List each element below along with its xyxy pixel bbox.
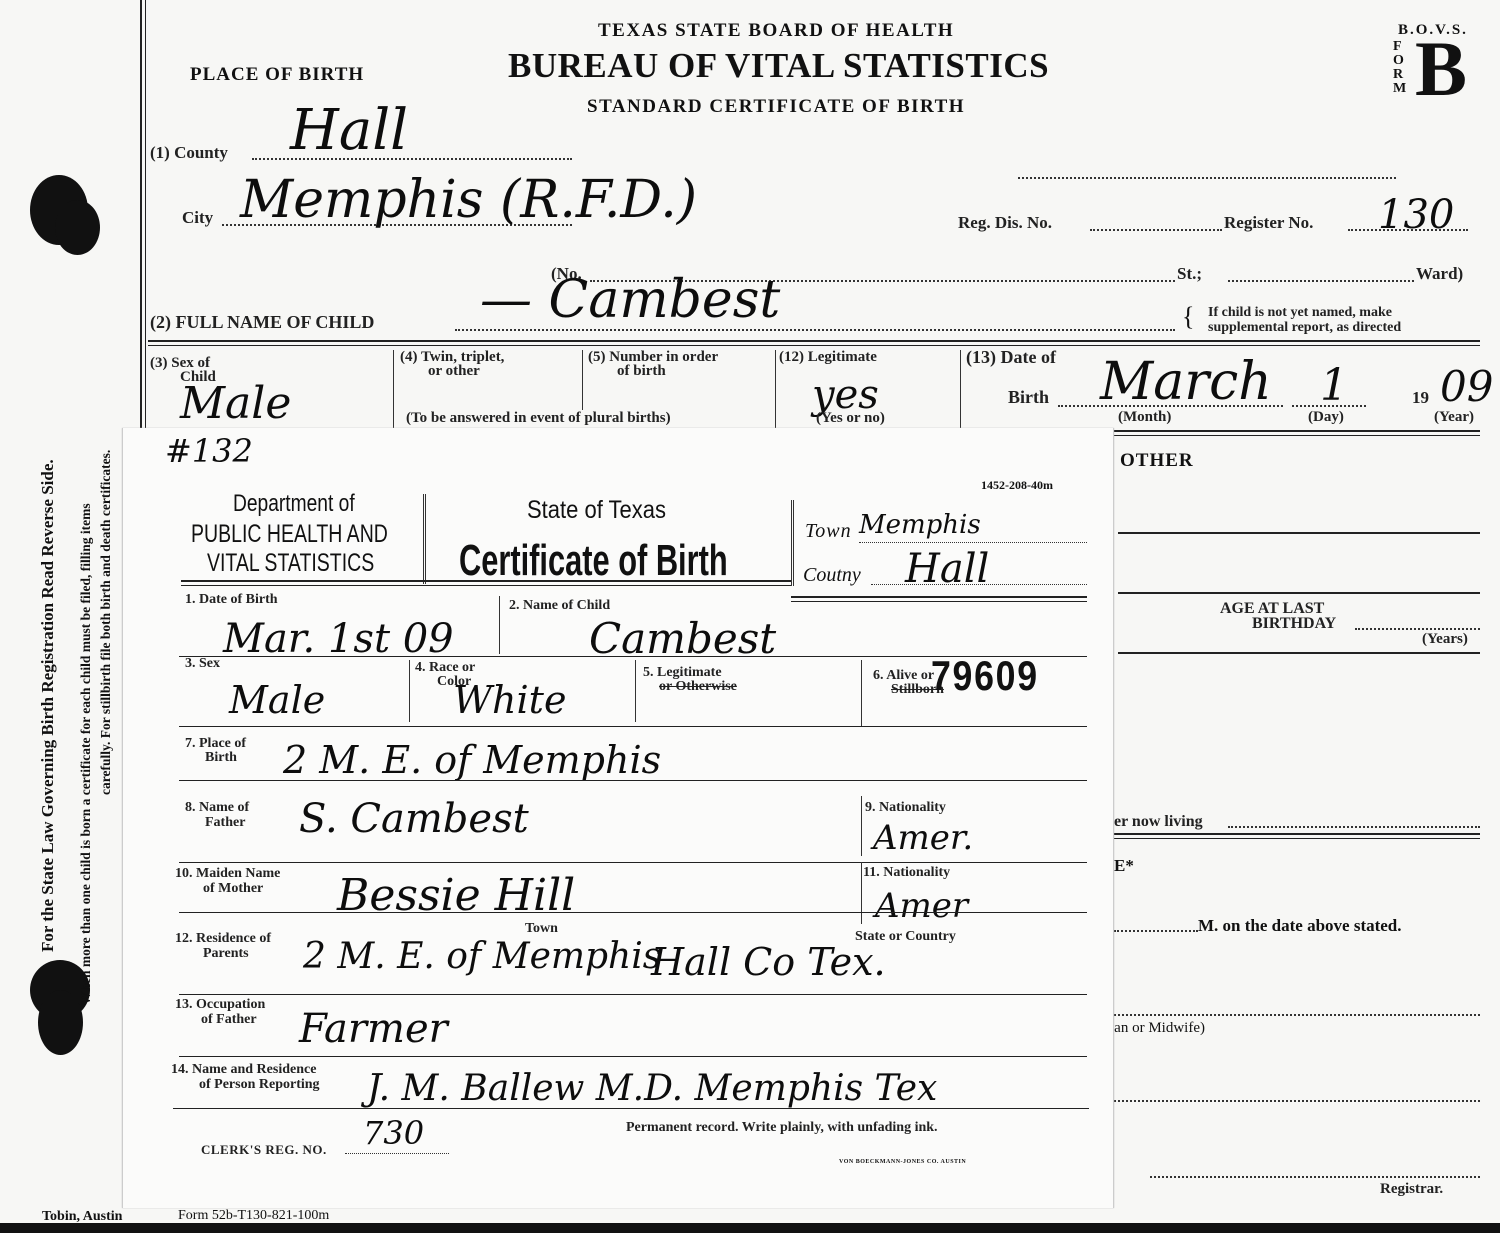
alive-label-1: 6. Alive or xyxy=(873,668,934,683)
year-sub: (Year) xyxy=(1434,410,1474,425)
rule xyxy=(1118,652,1480,654)
dob-label-1: (13) Date of xyxy=(966,350,1056,365)
col-divider xyxy=(861,796,862,856)
twin-label-2: or other xyxy=(428,364,480,379)
margin-rule-inner xyxy=(145,0,146,440)
handwritten-record-no: #132 xyxy=(165,432,253,470)
dob-month: March xyxy=(1100,352,1272,412)
dept-line-2: PUBLIC HEALTH AND xyxy=(191,520,388,549)
state-certificate-card: #132 1452-208-40m Department of PUBLIC H… xyxy=(122,428,1114,1208)
col-divider xyxy=(861,660,862,726)
ward-line xyxy=(1228,280,1414,282)
clerk-reg-label: CLERK'S REG. NO. xyxy=(201,1142,327,1157)
row-rule xyxy=(179,1056,1087,1057)
form-vertical-label: FORM xyxy=(1393,40,1405,96)
town-line xyxy=(859,542,1087,543)
dob-year: 09 xyxy=(1440,362,1493,411)
certificate-title: Certificate of Birth xyxy=(459,536,728,586)
dob-label: 1. Date of Birth xyxy=(185,592,278,607)
residence-label-1: 12. Residence of xyxy=(175,931,271,946)
reporter-label-1: 14. Name and Residence xyxy=(171,1062,316,1077)
ink-blot-bottom-2 xyxy=(38,990,83,1055)
age-label-1: AGE AT LAST xyxy=(1220,601,1324,616)
year-prefix: 19 xyxy=(1412,390,1429,405)
header-divider xyxy=(423,494,426,584)
registrar-label: Registrar. xyxy=(1380,1182,1443,1197)
header-rule xyxy=(791,596,1087,602)
plural-note: (To be answered in event of plural birth… xyxy=(406,411,671,426)
mother-label-1: 10. Maiden Name xyxy=(175,866,280,881)
standard-certificate-heading: STANDARD CERTIFICATE OF BIRTH xyxy=(587,96,965,118)
legit-label-1: 5. Legitimate xyxy=(643,665,722,680)
place-label-1: 7. Place of xyxy=(185,736,246,751)
brace: { xyxy=(1182,304,1194,330)
address-line xyxy=(1114,1100,1480,1102)
father-value: S. Cambest xyxy=(299,796,529,842)
clerk-reg-value: 730 xyxy=(363,1114,424,1152)
now-living-line xyxy=(1228,826,1480,828)
father-label-2: Father xyxy=(205,815,245,830)
legit-label-2: or Otherwise xyxy=(659,679,737,694)
row-rule xyxy=(179,994,1087,995)
dob-day: 1 xyxy=(1320,360,1348,411)
city-label: City xyxy=(182,210,213,225)
age-label-2: BIRTHDAY xyxy=(1252,616,1336,631)
reporter-value: J. M. Ballew M.D. Memphis Tex xyxy=(367,1068,937,1109)
col-divider xyxy=(960,350,961,430)
sex-value: Male xyxy=(180,378,291,429)
row-rule xyxy=(179,862,1087,863)
full-name-label: (2) FULL NAME OF CHILD xyxy=(150,315,374,330)
residence-label-2: Parents xyxy=(203,946,249,961)
county-label: (1) County xyxy=(150,145,228,160)
other-heading: OTHER xyxy=(1120,450,1194,472)
row-rule xyxy=(179,780,1087,781)
margin-text-law: For the State Law Governing Birth Regist… xyxy=(38,459,58,952)
scan-edge xyxy=(0,1223,1500,1233)
form-letter: B xyxy=(1415,30,1467,108)
ink-blot-top-2 xyxy=(55,200,100,255)
rule xyxy=(1118,532,1480,534)
printer-tiny: VON BOECKMANN-JONES CO. AUSTIN xyxy=(839,1159,966,1165)
stamp-number: 79609 xyxy=(931,652,1039,700)
occupation-value: Farmer xyxy=(299,1006,448,1052)
reg-dis-label: Reg. Dis. No. xyxy=(958,215,1052,230)
col-divider xyxy=(499,596,500,654)
sex-label: 3. Sex xyxy=(185,656,220,671)
col-divider xyxy=(635,660,636,722)
county-line xyxy=(871,584,1087,585)
town-value: Memphis xyxy=(859,510,981,540)
physician-label: ian or Midwife) xyxy=(1110,1020,1205,1037)
occupation-label-2: of Father xyxy=(201,1012,257,1027)
residence-state-value: Hall Co Tex. xyxy=(651,940,886,984)
permanent-record-note: Permanent record. Write plainly, with un… xyxy=(626,1120,938,1135)
section-rule xyxy=(148,340,1480,346)
town-sub-label: Town xyxy=(525,921,558,936)
signature-line xyxy=(1114,1014,1480,1016)
sex-value: Male xyxy=(229,678,325,722)
full-name-value: — Cambest xyxy=(480,270,780,330)
residence-town-value: 2 M. E. of Memphis xyxy=(303,936,661,977)
register-label: Register No. xyxy=(1224,215,1313,230)
ward-label: Ward) xyxy=(1416,266,1463,281)
form-number: Form 52b-T130-821-100m xyxy=(178,1208,329,1224)
place-value: 2 M. E. of Memphis xyxy=(283,738,661,782)
race-label-1: 4. Race or xyxy=(415,660,475,675)
board-heading: TEXAS STATE BOARD OF HEALTH xyxy=(598,20,954,42)
mother-nationality-value: Amer xyxy=(875,886,968,926)
row-rule xyxy=(173,1108,1089,1109)
day-sub: (Day) xyxy=(1308,410,1344,425)
top-right-line xyxy=(1018,177,1396,179)
legit-sub: (Yes or no) xyxy=(816,411,885,426)
place-of-birth-heading: PLACE OF BIRTH xyxy=(190,64,364,86)
place-label-2: Birth xyxy=(205,750,237,765)
occupation-label-1: 13. Occupation xyxy=(175,997,265,1012)
unnamed-note-2: supplemental report, as directed xyxy=(1208,320,1401,335)
col-divider xyxy=(861,862,862,924)
header-rule xyxy=(181,580,791,586)
legit-label: (12) Legitimate xyxy=(779,350,877,365)
reg-dis-line xyxy=(1090,229,1222,231)
m-stated-text: M. on the date above stated. xyxy=(1198,916,1402,936)
clerk-reg-line xyxy=(345,1153,449,1154)
e-star-heading: E* xyxy=(1114,856,1134,876)
rule xyxy=(1114,833,1480,839)
dob-label-2: Birth xyxy=(1008,390,1049,405)
dept-line-3: VITAL STATISTICS xyxy=(207,549,374,578)
print-code: 1452-208-40m xyxy=(981,478,1053,493)
race-value: White xyxy=(453,678,566,722)
county-value: Hall xyxy=(905,546,989,592)
bureau-heading: BUREAU OF VITAL STATISTICS xyxy=(508,46,1049,86)
m-line xyxy=(1114,930,1198,932)
state-of-texas: State of Texas xyxy=(527,496,666,525)
town-label: Town xyxy=(805,520,852,543)
street-st-label: St.; xyxy=(1177,266,1202,281)
order-label-2: of birth xyxy=(617,364,666,379)
margin-text-stillbirth: carefully. For stillbirth file both birt… xyxy=(98,450,114,795)
mother-nationality-label: 11. Nationality xyxy=(863,865,950,880)
reporter-label-2: of Person Reporting xyxy=(199,1077,320,1092)
mother-value: Bessie Hill xyxy=(337,870,575,921)
header-divider xyxy=(791,500,794,586)
age-line xyxy=(1355,628,1480,630)
age-sub: (Years) xyxy=(1422,632,1468,647)
county-value: Hall xyxy=(290,98,408,163)
margin-text-multiple: When more than one child is born a certi… xyxy=(78,503,94,1005)
father-nationality-value: Amer. xyxy=(873,818,973,858)
rule xyxy=(1118,592,1480,594)
father-nationality-label: 9. Nationality xyxy=(865,800,946,815)
col-divider xyxy=(409,660,410,722)
county-label: Coutny xyxy=(803,564,861,587)
father-label-1: 8. Name of xyxy=(185,800,249,815)
dept-line-1: Department of xyxy=(233,490,355,518)
row-rule xyxy=(179,726,1087,727)
row-rule xyxy=(179,912,1087,913)
register-value: 130 xyxy=(1378,192,1454,238)
now-living-label: er now living xyxy=(1114,814,1203,829)
col-divider xyxy=(775,350,776,430)
child-name-label: 2. Name of Child xyxy=(509,598,610,613)
col-divider xyxy=(393,350,394,430)
registrar-line xyxy=(1150,1176,1480,1178)
month-sub: (Month) xyxy=(1118,410,1171,425)
mother-label-2: of Mother xyxy=(203,881,263,896)
col-divider xyxy=(582,350,583,410)
city-value: Memphis (R.F.D.) xyxy=(240,170,697,230)
unnamed-note-1: If child is not yet named, make xyxy=(1208,305,1392,320)
